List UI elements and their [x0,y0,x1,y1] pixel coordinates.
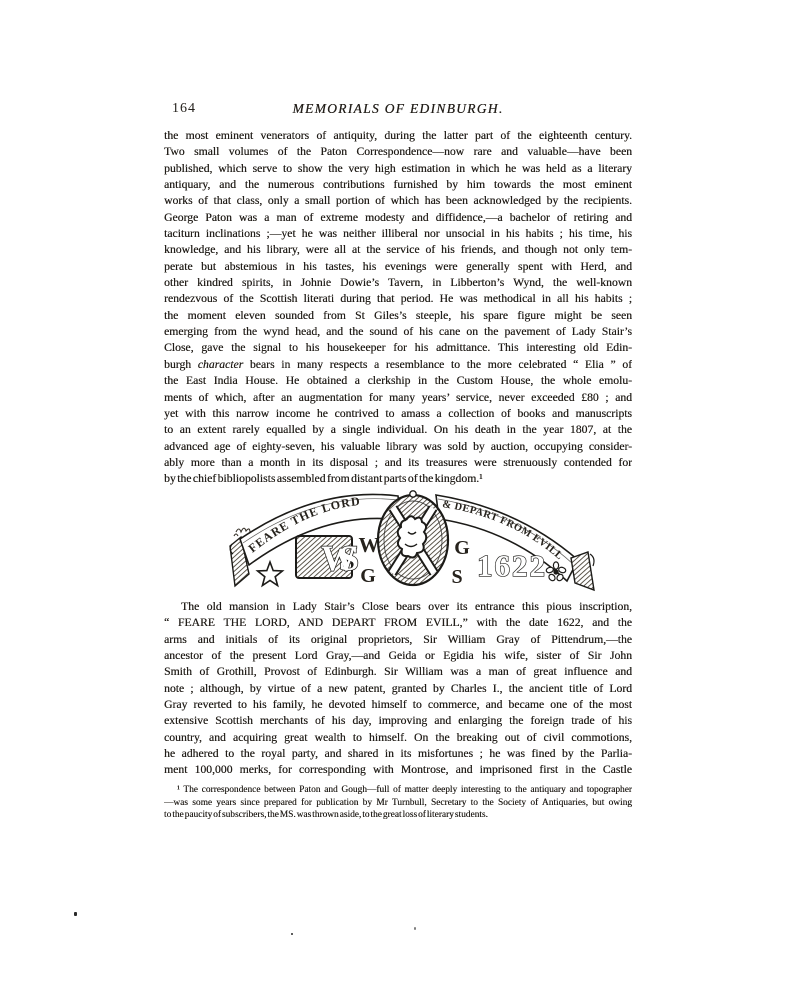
text-line: advanced age of eighty-seven, his valuab… [164,439,632,455]
initial-w: W [359,533,380,557]
text-line: burgh character bears in many respects a… [164,357,632,373]
book-page: 164 MEMORIALS OF EDINBURGH. the most emi… [0,0,790,1000]
star-icon [258,562,283,586]
text-line: taciturn inclinations ;—yet he was neith… [164,226,632,242]
lion-icon [398,516,427,557]
second-paragraph: The old mansion in Lady Stair’s Close be… [164,599,632,779]
text-line: he adhered to the royal party, and share… [164,746,632,762]
lintel-engraving-svg: FEARE THE LORD & DEPART FROM EVILL WS W … [226,486,598,608]
footnote: ¹ The correspondence between Paton and G… [164,784,632,822]
scan-speck [414,927,416,930]
text-line: the East India House. He obtained a cler… [164,373,632,389]
text-line: Two small volumes of the Paton Correspon… [164,144,632,160]
text-line: George Paton was a man of extreme modest… [164,210,632,226]
monogram-panel: WS [296,536,358,578]
text-line: “ FEARE THE LORD, AND DEPART FROM EVILL,… [164,615,632,631]
text-line: antiquary, and the numerous contribution… [164,177,632,193]
text-line: works of that class, only a small portio… [164,193,632,209]
text-line: extensive Scottish merchants of his day,… [164,713,632,729]
text-line: the most eminent venerators of antiquity… [164,128,632,144]
scan-speck [291,933,293,935]
text-line: ment 100,000 merks, for corresponding wi… [164,762,632,778]
text-line: knowledge, and his library, were all at … [164,242,632,258]
text-line: the moment eleven sounded from St Giles’… [164,308,632,324]
text-line: ancestor of the present Lord Gray,—and G… [164,648,632,664]
text-line: —was some years since prepared for publi… [164,797,632,810]
text-line: perate but abstemious in his tastes, his… [164,259,632,275]
text-line: ably more than a month in its disposal ;… [164,455,632,471]
text-line: published, which serve to show the very … [164,161,632,177]
text-line: to an extent rarely equalled by a single… [164,422,632,438]
text-line: ¹ The correspondence between Paton and G… [164,784,632,797]
text-line: Smith of Grothill, Provost of Edinburgh.… [164,664,632,680]
text-line: to the paucity of subscribers, the MS. w… [164,809,632,822]
date-1622: 1622 [477,548,547,583]
text-line: ments of which, after an augmentation fo… [164,390,632,406]
lintel-engraving: FEARE THE LORD & DEPART FROM EVILL WS W … [226,486,598,608]
opening-paragraph: the most eminent venerators of antiquity… [164,128,632,488]
initial-g-left: G [360,565,376,587]
text-line: Gray reverted to his family, he devoted … [164,697,632,713]
scan-speck [74,912,77,916]
text-line: arms and initials of its original propri… [164,632,632,648]
text-line: other kindred spirits, in Johnie Dowie’s… [164,275,632,291]
page-header: 164 MEMORIALS OF EDINBURGH. [164,101,632,119]
ribbon-right-fold [571,552,594,590]
text-line: Close, gave the signal to his housekeepe… [164,340,632,356]
text-line: emerging from the wynd head, and the sou… [164,324,632,340]
text-line: The old mansion in Lady Stair’s Close be… [164,599,632,615]
text-line: rendezvous of the Scottish literati duri… [164,291,632,307]
running-title: MEMORIALS OF EDINBURGH. [164,101,632,117]
text-line: note ; although, by virtue of a new pate… [164,681,632,697]
initial-g-right: G [454,537,470,559]
text-line: yet with this narrow income he contrived… [164,406,632,422]
text-line: country, and acquiring great wealth to h… [164,730,632,746]
initial-s: S [451,566,462,588]
